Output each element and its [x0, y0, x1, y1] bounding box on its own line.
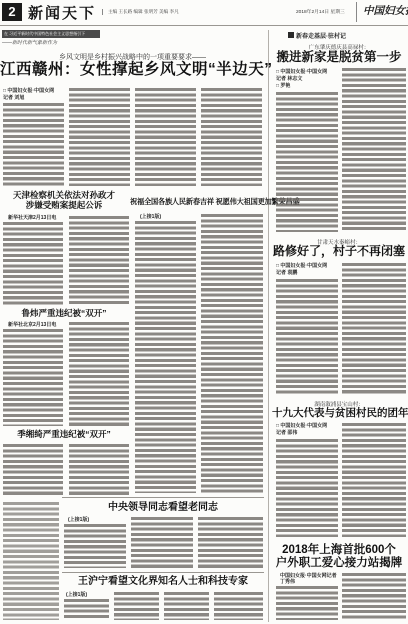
body-text-block: [201, 214, 263, 493]
greeting-headline: 祝福全国各族人民新春吉祥 祝愿伟大祖国更加繁荣昌盛: [130, 198, 268, 206]
section-title: 新闻天下: [28, 2, 96, 23]
body-text-block: [342, 263, 406, 395]
byline-line: □ 中国妇女报·中国女网: [276, 263, 338, 270]
body-text-block: [201, 88, 262, 186]
body-text-block: [3, 222, 63, 305]
byline-line: 记者 刘旭: [3, 95, 64, 102]
body-text-block: [69, 88, 130, 186]
body-text-block: [64, 599, 109, 620]
wanghuning-top-rule: [62, 572, 264, 573]
body-text-block: [135, 221, 196, 493]
body-text-block: [214, 592, 263, 620]
section-divider: [268, 30, 269, 622]
village-a-headline: 搬进新家是脱贫第一步: [272, 50, 406, 64]
byline-line: □ 中国妇女报·中国女网: [3, 88, 64, 95]
shanghai-dateline: 中国妇女报·中国女网记者 丁秀伟: [280, 573, 338, 585]
masthead-credits: 主编 王长路 编辑 张明芳 美编 李凡: [102, 9, 179, 15]
body-text-block: [3, 502, 59, 620]
header-date: 2018年2月14日 星期三: [296, 8, 345, 15]
body-text-block: [64, 524, 126, 568]
series-label-wrap: 新春走基层·驻村记: [288, 31, 346, 40]
suncase-headline-line2: 涉嫌受贿案提起公诉: [0, 201, 128, 211]
body-text-block: [276, 439, 338, 537]
body-text-block: [164, 592, 209, 620]
veterans-headline: 中央领导同志看望老同志: [62, 502, 264, 514]
village-a-byline: □ 中国妇女报·中国女网 记者 林志文 □ 罗艳: [276, 69, 338, 89]
body-text-block: [276, 279, 338, 395]
village-b-headline: 路修好了，村子不再闭塞: [272, 245, 406, 259]
wanghuning-headline: 王沪宁看望文化界知名人士和科技专家: [62, 576, 264, 588]
veterans-jump-note: (上接1版): [68, 517, 124, 523]
byline-line: □ 罗艳: [276, 83, 338, 90]
body-text-block: [276, 586, 338, 620]
body-text-block: [69, 216, 129, 305]
village-c-byline: □ 中国妇女报·中国女网 记者 邵伟: [276, 423, 338, 437]
newspaper-page: 2 新闻天下 主编 王长路 编辑 张明芳 美编 李凡 2018年2月14日 星期…: [0, 0, 408, 624]
body-text-block: [276, 92, 338, 232]
body-text-block: [131, 517, 193, 568]
series-label-icon: [288, 32, 294, 38]
body-text-block: [342, 423, 406, 537]
lead-article-byline: □ 中国妇女报·中国女网 记者 刘旭: [3, 88, 64, 102]
suncase-dateline: 新华社天津2月13日电: [8, 215, 64, 221]
village-c-headline: 十九大代表与贫困村民的团年饭: [272, 407, 406, 419]
wanghuning-jump-note: (上接1版): [66, 592, 110, 598]
body-text-block: [198, 517, 263, 568]
body-text-block: [3, 103, 64, 186]
campaign-badge-line2: ——新时代新气象新作为: [2, 39, 112, 46]
shanghai-headline-line1: 2018年上海首批600个: [272, 544, 406, 557]
byline-line: 记者 邵伟: [276, 430, 338, 437]
newspaper-masthead: 中国妇女报: [356, 2, 408, 22]
jixiangqi-headline: 季缃绮严重违纪被“双开”: [0, 430, 128, 440]
body-text-block: [3, 444, 63, 496]
luwei-dateline: 新华社北京2月13日电: [8, 322, 64, 328]
body-text-block: [3, 329, 63, 426]
header-rule: [0, 25, 408, 26]
body-text-block: [114, 592, 159, 620]
veterans-top-rule: [62, 497, 264, 498]
byline-line: □ 中国妇女报·中国女网: [276, 69, 338, 76]
series-label: 新春走基层·驻村记: [296, 34, 346, 40]
body-text-block: [342, 68, 406, 232]
body-text-block: [69, 322, 129, 426]
body-text-block: [342, 573, 406, 620]
byline-line: 记者 林志文: [276, 76, 338, 83]
byline-line: 记者 袁鹏: [276, 270, 338, 277]
lead-article-headline: 江西赣州：女性撑起乡风文明“半边天”: [0, 61, 265, 79]
village-b-byline: □ 中国妇女报·中国女网 记者 袁鹏: [276, 263, 338, 277]
body-text-block: [69, 444, 129, 496]
shanghai-headline-line2: 户外职工爱心接力站揭牌: [272, 557, 406, 570]
page-number-box: 2: [2, 3, 22, 21]
campaign-badge-line1: 在 习近平新时代中国特色社会主义思想指引下: [2, 30, 100, 38]
shanghai-headline: 2018年上海首批600个 户外职工爱心接力站揭牌: [272, 544, 406, 570]
greeting-jump-note: (上接1版): [140, 214, 196, 220]
body-text-block: [135, 88, 196, 186]
suncase-headline: 天津检察机关依法对孙政才 涉嫌受贿案提起公诉: [0, 191, 128, 211]
campaign-badge: 在 习近平新时代中国特色社会主义思想指引下 ——新时代新气象新作为: [2, 30, 112, 46]
byline-line: □ 中国妇女报·中国女网: [276, 423, 338, 430]
luwei-headline: 鲁炜严重违纪被“双开”: [0, 309, 128, 319]
